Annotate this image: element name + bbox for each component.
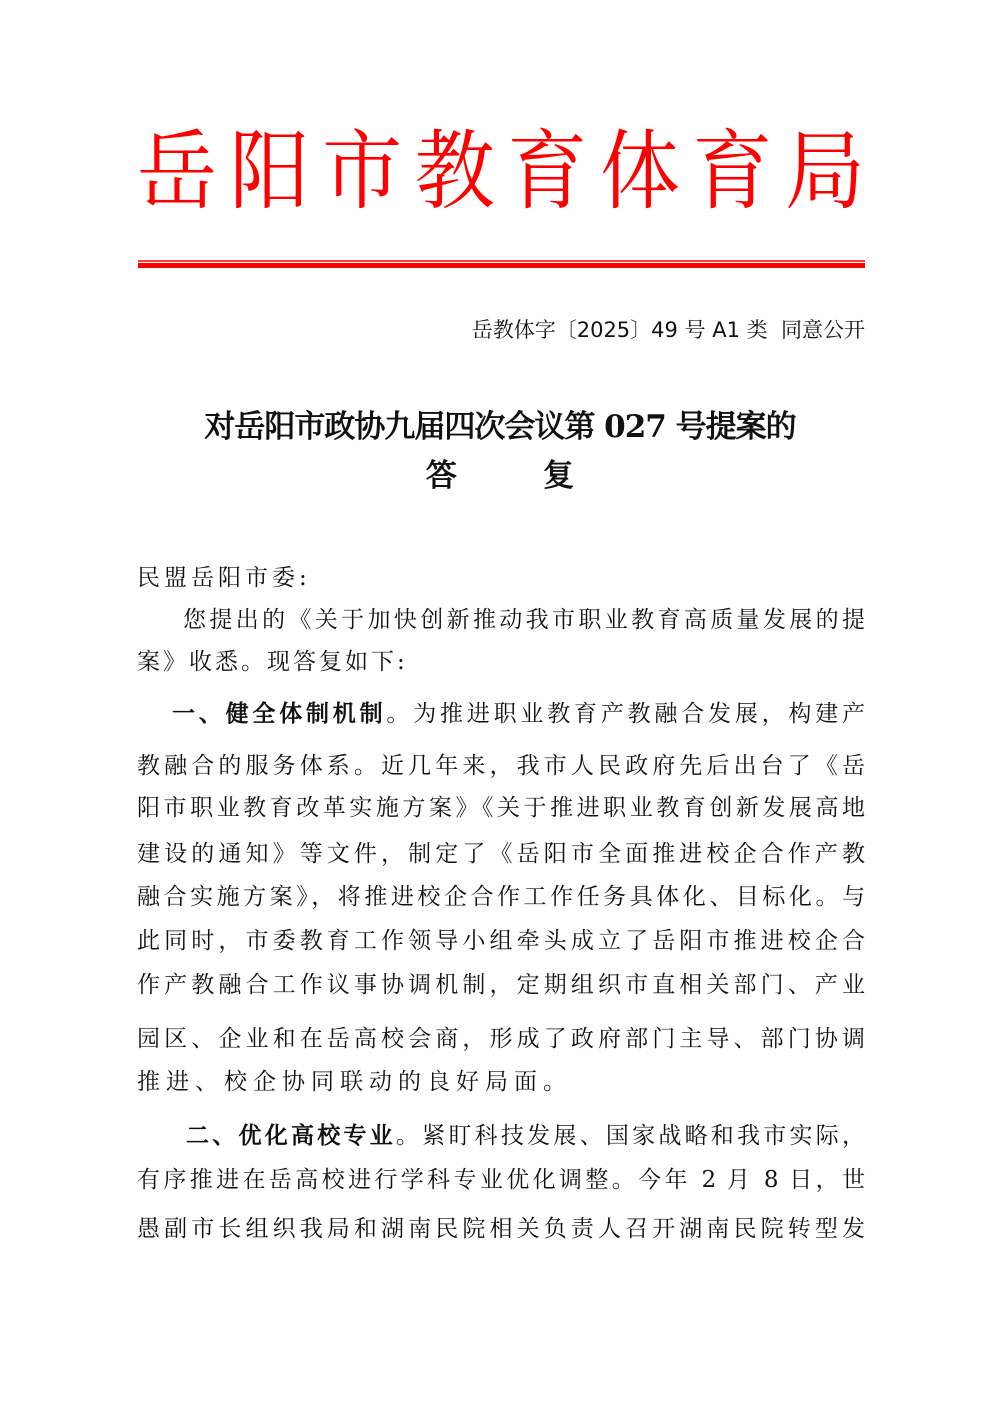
intro-line: 案》收悉。现答复如下: — [137, 645, 865, 679]
salutation: 民盟岳阳市委: — [137, 561, 865, 595]
masthead-char: 育 — [692, 118, 772, 226]
masthead-char: 教 — [415, 118, 495, 226]
section2-heading-punct: 。 — [396, 1123, 422, 1149]
section1-line: 作产教融合工作议事协调机制，定期组织市直相关部门、产业 — [137, 968, 865, 1002]
section2-line: 愚副市长组织我局和湖南民院相关负责人召开湖南民院转型发 — [137, 1212, 865, 1246]
masthead-char: 体 — [600, 118, 680, 226]
section1-first-line: 一、健全体制机制。为推进职业教育产教融合发展，构建产 — [172, 697, 865, 731]
masthead-rule-thick — [138, 263, 865, 268]
section1-line: 阳市职业教育改革实施方案》《关于推进职业教育创新发展高地 — [137, 791, 865, 825]
document-number: 岳教体字〔2025〕49 号 A1 类 同意公开 — [472, 314, 865, 346]
document-page: 岳 阳 市 教 育 体 育 局 岳教体字〔2025〕49 号 A1 类 同意公开… — [0, 0, 1000, 1414]
section1-line: 教融合的服务体系。近几年来，我市人民政府先后出台了《岳 — [137, 749, 865, 783]
masthead-char: 阳 — [230, 118, 310, 226]
masthead-char: 育 — [507, 118, 587, 226]
reply-title-line1: 对岳阳市政协九届四次会议第 027 号提案的 — [0, 405, 1000, 449]
section1-heading: 一、健全体制机制 — [172, 700, 386, 727]
section2-heading: 二、优化高校专业 — [186, 1122, 396, 1149]
intro-line: 您提出的《关于加快创新推动我市职业教育高质量发展的提 — [183, 603, 865, 637]
section2-first-line: 二、优化高校专业。紧盯科技发展、国家战略和我市实际， — [186, 1119, 865, 1153]
section2-line: 有序推进在岳高校进行学科专业优化调整。今年 2 月 8 日，世 — [137, 1163, 865, 1197]
reply-title-line2: 答 复 — [0, 454, 1000, 498]
masthead-rule-thin — [138, 260, 865, 262]
section1-heading-punct: 。 — [386, 701, 413, 727]
section1-line: 建设的通知》等文件，制定了《岳阳市全面推进校企合作产教 — [137, 837, 865, 871]
masthead-title: 岳 阳 市 教 育 体 育 局 — [137, 122, 865, 222]
masthead-char: 局 — [785, 118, 865, 226]
section2-first-line-text: 紧盯科技发展、国家战略和我市实际， — [422, 1123, 865, 1149]
section1-line: 此同时，市委教育工作领导小组牵头成立了岳阳市推进校企合 — [137, 924, 865, 958]
masthead-char: 市 — [322, 118, 402, 226]
section1-line: 融合实施方案》，将推进校企合作工作任务具体化、目标化。与 — [137, 880, 865, 914]
section1-first-line-text: 为推进职业教育产教融合发展，构建产 — [413, 701, 865, 727]
section1-line: 推进、校企协同联动的良好局面。 — [137, 1065, 865, 1099]
section1-line: 园区、企业和在岳高校会商，形成了政府部门主导、部门协调 — [137, 1022, 865, 1056]
masthead-char: 岳 — [137, 118, 217, 226]
